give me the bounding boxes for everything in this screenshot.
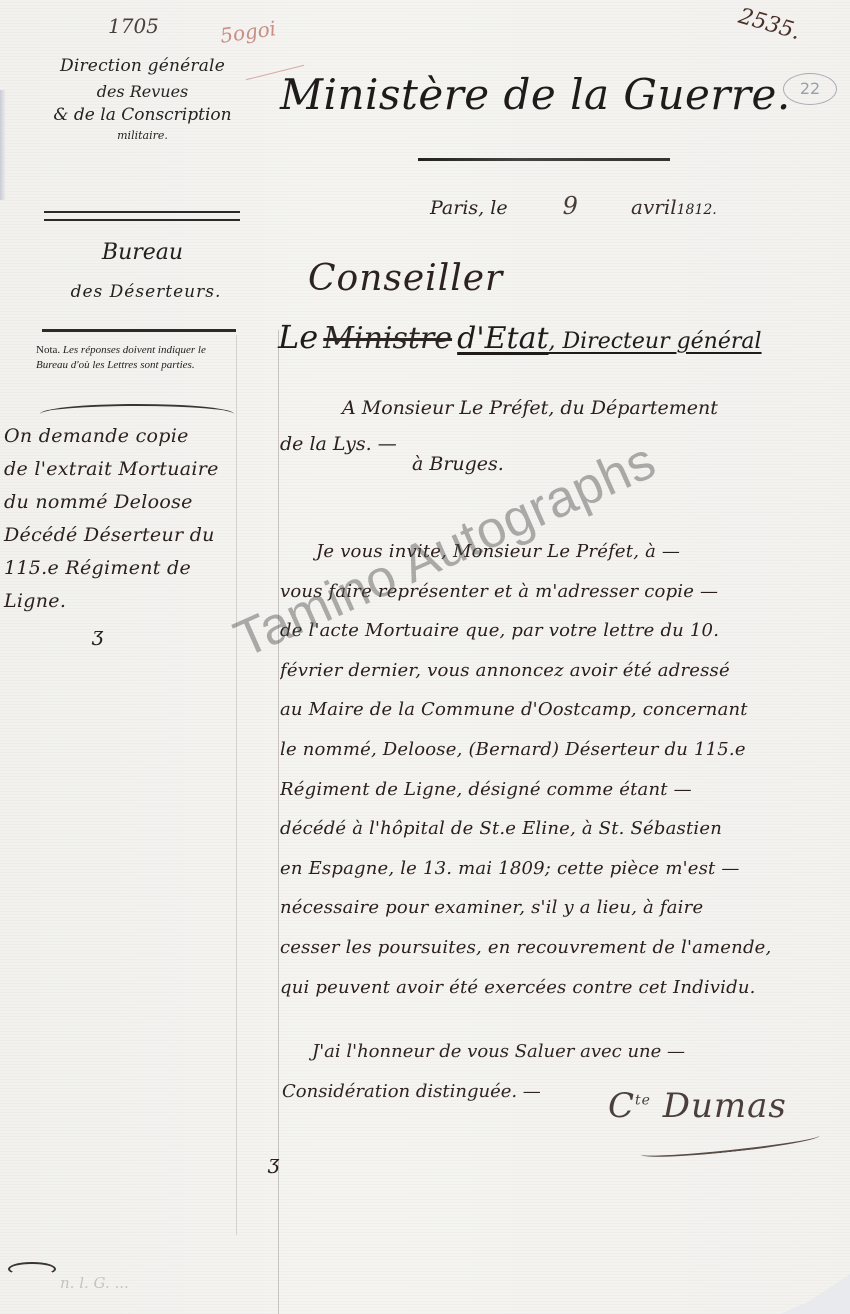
margin-note-line: Décédé Déserteur du <box>4 519 236 552</box>
bottom-swash-mark <box>8 1262 56 1276</box>
letterhead-line-3: & de la Conscription <box>40 105 245 125</box>
letterhead-line-2: des Revues <box>40 82 245 101</box>
margin-note-line: On demande copie <box>4 420 236 453</box>
bottom-pencil-note: n. l. G. ... <box>60 1274 129 1292</box>
left-column-rule <box>236 335 237 1235</box>
reference-number-1705: 1705 <box>108 14 159 38</box>
letterhead-line-1: Direction générale <box>40 56 245 76</box>
nota-text: Les réponses doivent indiquer le Bureau … <box>36 344 206 371</box>
nota-label: Nota. <box>36 344 60 356</box>
signature-name: Dumas <box>663 1086 787 1126</box>
sender-role: , Directeur général <box>549 329 762 354</box>
body-line: février dernier, vous annoncez avoir été… <box>280 651 846 691</box>
double-rule-divider <box>44 211 240 221</box>
signature-prefix: C <box>608 1086 635 1126</box>
date-day: 9 <box>563 192 578 220</box>
body-line: Je vous invite, Monsieur Le Préfet, à — <box>280 532 846 572</box>
body-line: cesser les poursuites, en recouvrement d… <box>280 928 846 968</box>
signature-superscript: te <box>635 1093 651 1109</box>
margin-note-line: du nommé Deloose <box>4 486 236 519</box>
date-place: Paris, le <box>430 197 508 219</box>
body-line: au Maire de la Commune d'Oostcamp, conce… <box>280 690 846 730</box>
sender-title-etat: d'Etat <box>457 321 548 356</box>
addressee-line-1: A Monsieur Le Préfet, du Département <box>280 390 840 426</box>
signature: Cte Dumas <box>608 1086 787 1126</box>
bureau-subtitle: des Déserteurs. <box>46 282 246 302</box>
struck-word-ministre: Ministre <box>323 321 452 356</box>
margin-note-line: 115.e Régiment de <box>4 552 236 585</box>
sender-prefix: Le <box>278 318 318 356</box>
inserted-title-conseiller: Conseiller <box>308 258 503 299</box>
flourish-mark: ʒ <box>268 1150 279 1174</box>
body-line: de l'acte Mortuaire que, par votre lettr… <box>280 611 846 651</box>
sender-title-line: Le Ministre d'Etat, Directeur général <box>278 318 838 356</box>
bureau-rule-divider <box>42 329 236 332</box>
department-letterhead: Direction générale des Revues & de la Co… <box>40 56 245 142</box>
bureau-title: Bureau <box>40 240 245 265</box>
body-line: décédé à l'hôpital de St.e Eline, à St. … <box>280 809 846 849</box>
body-line: le nommé, Deloose, (Bernard) Déserteur d… <box>280 730 846 770</box>
body-line: en Espagne, le 13. mai 1809; cette pièce… <box>280 849 846 889</box>
margin-note: On demande copie de l'extrait Mortuaire … <box>4 420 236 651</box>
date-month: avril <box>631 195 677 219</box>
addressee-block: A Monsieur Le Préfet, du Département de … <box>280 390 840 482</box>
body-line: Régiment de Ligne, désigné comme étant — <box>280 770 846 810</box>
body-line: nécessaire pour examiner, s'il y a lieu,… <box>280 888 846 928</box>
letter-body: Je vous invite, Monsieur Le Préfet, à — … <box>280 532 846 1007</box>
ministry-heading: Ministère de la Guerre. <box>280 70 820 119</box>
closing-line-1: J'ai l'honneur de vous Saluer avec une — <box>282 1032 848 1072</box>
date-year: 1812. <box>677 202 717 218</box>
margin-note-line: Ligne. <box>4 585 236 618</box>
nota-notice: Nota. Les réponses doivent indiquer le B… <box>36 343 238 373</box>
margin-note-line: de l'extrait Mortuaire <box>4 453 236 486</box>
letterhead-line-4: militaire. <box>40 129 245 142</box>
ministry-rule <box>418 158 670 161</box>
body-line: vous faire représenter et à m'adresser c… <box>280 572 846 612</box>
date-line: Paris, le 9 avril1812. <box>430 192 830 220</box>
paper-edge-shadow <box>0 90 6 200</box>
flourish-mark: ʒ <box>4 618 236 651</box>
body-line: qui peuvent avoir été exercées contre ce… <box>280 968 846 1008</box>
